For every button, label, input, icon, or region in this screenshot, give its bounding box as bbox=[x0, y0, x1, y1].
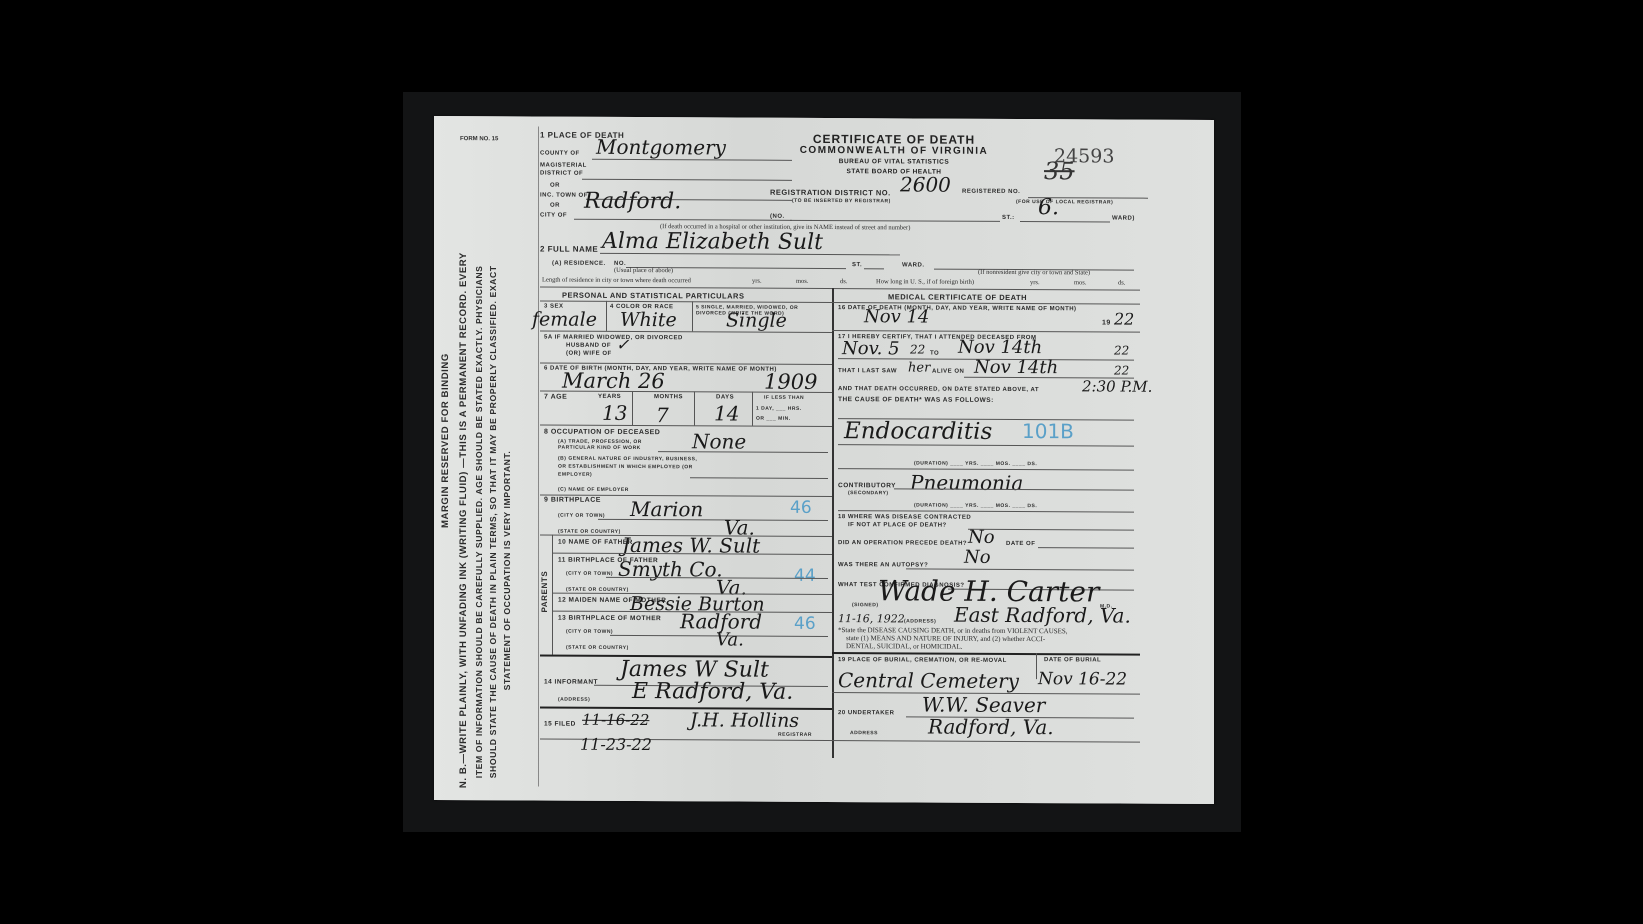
rule bbox=[540, 301, 832, 304]
age-months-value: 7 bbox=[656, 403, 669, 427]
full-name-value: Alma Elizabeth Sult bbox=[602, 229, 823, 255]
last-saw-label: THAT I LAST SAW bbox=[838, 368, 897, 374]
nonresident-note: (If nonresident give city or town and St… bbox=[978, 269, 1090, 277]
mother-birthplace-code: 46 bbox=[794, 614, 816, 634]
rule bbox=[838, 510, 1134, 513]
sex-value: female bbox=[532, 308, 597, 330]
days-label: DAYS bbox=[716, 394, 734, 400]
rule bbox=[790, 220, 1000, 222]
operation-label: DID AN OPERATION PRECEDE DEATH? bbox=[838, 540, 967, 547]
years-label: YEARS bbox=[598, 394, 621, 400]
age-label: 7 AGE bbox=[544, 394, 567, 401]
city-value: Radford. bbox=[584, 189, 681, 215]
burial-date-label: DATE OF BURIAL bbox=[1044, 657, 1101, 663]
rule bbox=[1036, 653, 1037, 679]
us-mos-label: mos. bbox=[1074, 279, 1086, 286]
physician-address-label: (ADDRESS) bbox=[904, 618, 936, 624]
undertaker-label: 20 UNDERTAKER bbox=[838, 710, 894, 716]
county-value: Montgomery bbox=[596, 135, 726, 160]
or-min-label: OR ___ MIN. bbox=[756, 416, 791, 422]
no-label: (NO. bbox=[770, 214, 785, 220]
alive-on-year: 22 bbox=[1114, 364, 1129, 378]
not-at-place-label: IF NOT AT PLACE OF DEATH? bbox=[848, 522, 947, 529]
city-label: CITY OF bbox=[540, 213, 567, 219]
duration-label: (DURATION) ____ YRS. ____ MOS. ____ DS. bbox=[914, 460, 1037, 467]
informant-label: 14 INFORMANT bbox=[544, 679, 598, 686]
how-long-us-label: How long in U. S., if of foreign birth) bbox=[876, 278, 974, 286]
form-number: FORM NO. 15 bbox=[460, 136, 498, 142]
age-days-value: 14 bbox=[714, 401, 739, 425]
rule bbox=[906, 568, 1134, 570]
rule bbox=[540, 331, 832, 334]
binding-note: MARGIN RESERVED FOR BINDING bbox=[440, 353, 451, 528]
contributory-label: CONTRIBUTORY bbox=[838, 482, 896, 489]
color-value: White bbox=[620, 309, 677, 331]
alive-on-value: Nov 14th bbox=[974, 357, 1058, 378]
attended-from-value: Nov. 5 bbox=[842, 338, 900, 359]
district-label: DISTRICT OF bbox=[540, 171, 583, 177]
rule bbox=[832, 302, 1140, 305]
margin-column: FORM NO. 15 MARGIN RESERVED FOR BINDING … bbox=[434, 116, 534, 801]
burial-place-value: Central Cemetery bbox=[838, 668, 1019, 693]
mother-birthplace-state-value: Va. bbox=[716, 629, 744, 650]
signed-label: (SIGNED) bbox=[852, 602, 879, 608]
rule bbox=[752, 392, 753, 426]
residence-st-label: ST. bbox=[852, 262, 862, 268]
death-year-prefix: 19 bbox=[1102, 319, 1111, 326]
spouse-value: ✓ bbox=[616, 335, 629, 354]
birthplace-label: 9 BIRTHPLACE bbox=[544, 497, 601, 504]
rule bbox=[606, 301, 607, 331]
binding-rule bbox=[538, 127, 539, 787]
footnote-line-3: DENTAL, SUICIDAL, or HOMICIDAL. bbox=[846, 642, 962, 651]
us-ds-label: ds. bbox=[1118, 280, 1125, 287]
usual-place-note: (Usual place of abode) bbox=[614, 267, 673, 274]
ds-label: ds. bbox=[840, 278, 847, 285]
date-of-birth-value: March 26 bbox=[562, 369, 665, 394]
rule bbox=[540, 425, 832, 428]
rule bbox=[694, 391, 695, 425]
mother-state-label: (STATE OR COUNTRY) bbox=[566, 645, 629, 651]
registrar-note: (TO BE INSERTED BY REGISTRAR) bbox=[792, 198, 891, 205]
if-married-label: 5A IF MARRIED WIDOWED, OR DIVORCED bbox=[544, 335, 683, 342]
rule bbox=[838, 444, 1134, 447]
instruction-line-1: N. B.—WRITE PLAINLY, WITH UNFADING INK (… bbox=[458, 252, 469, 788]
duration-label-2: (DURATION) ____ YRS. ____ MOS. ____ DS. bbox=[914, 502, 1037, 509]
date-of-label: DATE OF bbox=[1006, 541, 1035, 547]
burial-date-value: Nov 16-22 bbox=[1038, 669, 1127, 689]
registrar-signature: J.H. Hollins bbox=[690, 709, 799, 732]
column-divider bbox=[832, 288, 834, 758]
bureau-title: BUREAU OF VITAL STATISTICS bbox=[764, 158, 1024, 166]
rule bbox=[592, 159, 792, 161]
occupation-label: 8 OCCUPATION OF DECEASED bbox=[544, 429, 660, 437]
rule bbox=[1038, 547, 1134, 549]
registration-district-value: 2600 bbox=[900, 172, 951, 196]
local-registrar-note: (FOR USE OF LOCAL REGISTRAR) bbox=[1016, 199, 1113, 206]
parents-label: PARENTS bbox=[540, 571, 549, 613]
rule bbox=[1020, 221, 1110, 222]
st-label: ST.: bbox=[1002, 215, 1015, 221]
residence-label: (A) RESIDENCE. bbox=[552, 261, 606, 267]
registrar-label: REGISTRAR bbox=[778, 732, 812, 738]
death-certificate: FORM NO. 15 MARGIN RESERVED FOR BINDING … bbox=[434, 116, 1214, 804]
death-occurred-label: AND THAT DEATH OCCURRED, ON DATE STATED … bbox=[838, 386, 1039, 393]
registered-no-label: REGISTERED NO. bbox=[962, 189, 1020, 195]
rule bbox=[600, 253, 900, 256]
mos-label: mos. bbox=[796, 278, 808, 285]
wife-of-label: (OR) WIFE OF bbox=[566, 351, 612, 357]
instruction-line-4: STATEMENT OF OCCUPATION IS VERY IMPORTAN… bbox=[502, 451, 512, 691]
county-label: COUNTY OF bbox=[540, 151, 580, 157]
birth-year-value: 1909 bbox=[764, 370, 817, 394]
ward-label: WARD) bbox=[1112, 216, 1135, 222]
or-label: OR bbox=[550, 183, 560, 189]
one-day-label: 1 DAY, ___ HRS. bbox=[756, 406, 802, 412]
informant-address-label: (ADDRESS) bbox=[558, 697, 590, 703]
time-of-death-value: 2:30 P.M. bbox=[1082, 377, 1152, 395]
residence-ward-label: WARD. bbox=[902, 262, 925, 268]
occupation-value: None bbox=[692, 429, 746, 453]
months-label: MONTHS bbox=[654, 394, 683, 400]
cause-follows-label: THE CAUSE OF DEATH* WAS AS FOLLOWS: bbox=[838, 396, 994, 404]
signed-date-value: 11-16, 1922 bbox=[838, 612, 905, 625]
alive-on-label: ALIVE ON bbox=[932, 369, 964, 375]
yrs-label: yrs. bbox=[752, 278, 762, 285]
father-birthplace-code: 44 bbox=[794, 566, 816, 586]
attended-from-year: 22 bbox=[910, 342, 925, 356]
rule bbox=[832, 652, 1140, 656]
town-label: INC. TOWN OF bbox=[540, 193, 588, 199]
occupation-c-label: (C) NAME OF EMPLOYER bbox=[558, 487, 629, 493]
magisterial-label: MAGISTERIAL bbox=[540, 163, 587, 169]
mother-city-label: (CITY OR TOWN) bbox=[566, 629, 613, 635]
rule bbox=[574, 219, 792, 221]
full-name-label: 2 FULL NAME bbox=[540, 245, 598, 254]
to-label: TO bbox=[930, 351, 939, 357]
medical-header: MEDICAL CERTIFICATE OF DEATH bbox=[888, 292, 1027, 302]
operation-value: No bbox=[968, 527, 995, 548]
marital-value: Single bbox=[726, 309, 787, 331]
ward-value: 6. bbox=[1038, 195, 1059, 220]
instruction-line-3: SHOULD STATE THE CAUSE OF DEATH IN PLAIN… bbox=[488, 265, 498, 778]
attended-to-value: Nov 14th bbox=[958, 337, 1042, 358]
rule bbox=[692, 301, 693, 331]
undertaker-value: W.W. Seaver bbox=[922, 693, 1045, 718]
rule bbox=[864, 268, 884, 269]
or-label-2: OR bbox=[550, 203, 560, 209]
cause-code: 101B bbox=[1022, 419, 1074, 443]
secondary-label: (SECONDARY) bbox=[848, 490, 889, 496]
birthplace-city-value: Marion bbox=[630, 497, 703, 521]
undertaker-address-label: ADDRESS bbox=[850, 730, 878, 736]
age-years-value: 13 bbox=[602, 401, 627, 425]
if-less-label: IF LESS THAN bbox=[764, 395, 804, 401]
last-saw-value: her bbox=[908, 360, 930, 375]
birthplace-code: 46 bbox=[790, 498, 812, 518]
occupation-a-label: (A) TRADE, PROFESSION, OR PARTICULAR KIN… bbox=[558, 439, 668, 452]
contributory-value: Pneumonia bbox=[910, 470, 1023, 495]
mother-birthplace-label: 13 BIRTHPLACE OF MOTHER bbox=[558, 615, 661, 623]
commonwealth-title: COMMONWEALTH OF VIRGINIA bbox=[764, 145, 1024, 157]
rule bbox=[540, 363, 832, 366]
filed-label: 15 FILED bbox=[544, 721, 576, 728]
death-year-value: 22 bbox=[1114, 310, 1134, 329]
burial-place-label: 19 PLACE OF BURIAL, CREMATION, OR RE-MOV… bbox=[838, 656, 1018, 665]
physician-address-value: East Radford, Va. bbox=[954, 603, 1131, 628]
personal-header: PERSONAL AND STATISTICAL PARTICULARS bbox=[562, 291, 744, 301]
board-title: STATE BOARD OF HEALTH bbox=[764, 168, 1024, 176]
registered-no-value: 35 bbox=[1044, 157, 1075, 185]
autopsy-value: No bbox=[964, 547, 991, 568]
occupation-b-label: (B) GENERAL NATURE OF INDUSTRY, BUSINESS… bbox=[558, 455, 698, 480]
length-residence-label: Length of residence in city or town wher… bbox=[542, 277, 691, 285]
filed-value: 11-23-22 bbox=[580, 735, 652, 754]
rule bbox=[832, 330, 1140, 333]
rule bbox=[582, 179, 792, 181]
rule bbox=[632, 391, 633, 425]
cause-value: Endocarditis bbox=[844, 418, 992, 445]
date-of-death-value: Nov 14 bbox=[864, 306, 929, 327]
instruction-line-2: ITEM OF INFORMATION SHOULD BE CAREFULLY … bbox=[474, 265, 484, 778]
informant-address-value: E Radford, Va. bbox=[632, 679, 793, 705]
registration-district-label: REGISTRATION DISTRICT NO. bbox=[770, 188, 891, 198]
where-contracted-label: 18 WHERE WAS DISEASE CONTRACTED bbox=[838, 514, 971, 521]
rule bbox=[690, 477, 828, 479]
undertaker-address-value: Radford, Va. bbox=[928, 715, 1054, 740]
husband-of-label: HUSBAND OF bbox=[566, 343, 611, 349]
attended-to-year: 22 bbox=[1114, 344, 1129, 358]
filed-struck-value: 11-16-22 bbox=[582, 711, 649, 729]
us-yrs-label: yrs. bbox=[1030, 279, 1040, 286]
